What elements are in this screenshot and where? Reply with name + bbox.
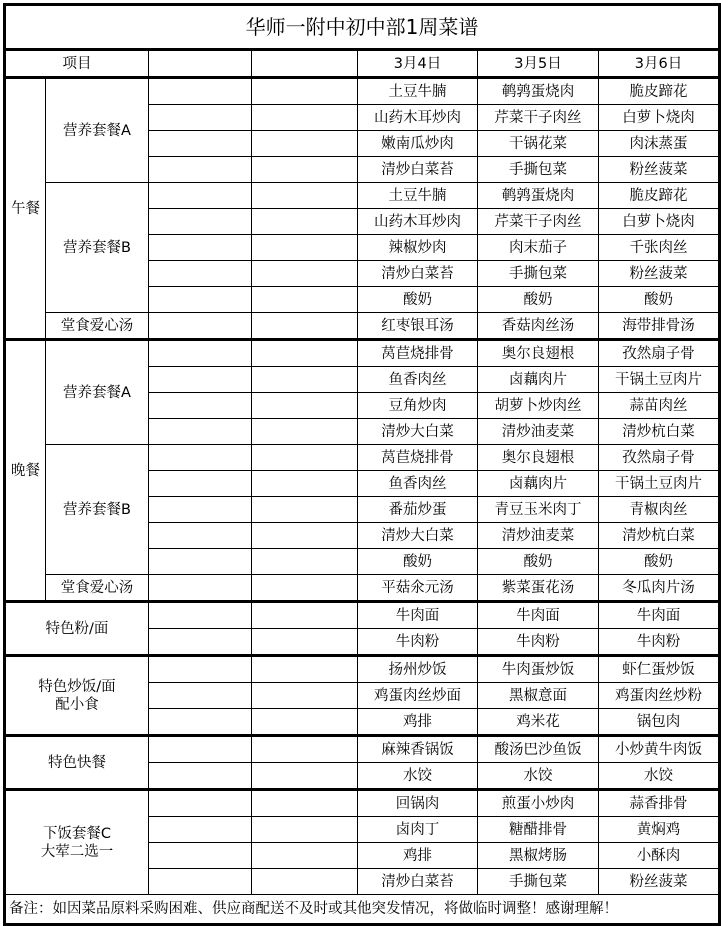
category-label-set-c: 下饭套餐C大荤二选一 [5,790,149,895]
dish-cell: 干锅土豆肉片 [599,367,720,393]
dish-cell: 手撕包菜 [478,157,599,183]
dish-cell: 干锅花菜 [478,131,599,157]
blank-cell [149,78,252,105]
dish-cell: 牛肉面 [358,602,478,629]
footer-note: 备注：如因菜品原料采购困难、供应商配送不及时或其他突发情况，将做临时调整！感谢理… [5,895,720,919]
blank-cell [149,393,252,419]
category-label-fast-food: 特色快餐 [5,736,149,790]
dish-cell: 鸡排 [358,709,478,736]
blank-cell [252,261,358,287]
blank-cell [149,445,252,471]
blank-cell [252,709,358,736]
label-line: 大荤二选一 [41,844,114,860]
blank-cell [149,575,252,602]
blank-cell [252,340,358,367]
blank-cell [149,497,252,523]
blank-cell [252,497,358,523]
dish-cell: 土豆牛腩 [358,78,478,105]
dish-cell: 嫩南瓜炒肉 [358,131,478,157]
footer-row: 备注：如因菜品原料采购困难、供应商配送不及时或其他突发情况，将做临时调整！感谢理… [5,895,720,919]
soup-label: 堂食爱心汤 [46,575,149,602]
blank-cell [149,843,252,869]
blank-cell [252,736,358,763]
dish-cell: 芹菜干子肉丝 [478,209,599,235]
dish-cell: 肉末茄子 [478,235,599,261]
table-row: 堂食爱心汤 红枣银耳汤香菇肉丝汤海带排骨汤 [5,313,720,340]
dish-cell: 小炒黄牛肉饭 [599,736,720,763]
blank-cell [252,78,358,105]
dish-cell: 莴苣烧排骨 [358,340,478,367]
dish-cell: 番茄炒蛋 [358,497,478,523]
blank-cell [149,656,252,683]
blank-cell [149,709,252,736]
blank-cell [252,445,358,471]
dish-cell: 孜然扇子骨 [599,445,720,471]
dish-cell: 山药木耳炒肉 [358,209,478,235]
dish-cell: 糖醋排骨 [478,817,599,843]
dish-cell: 奥尔良翅根 [478,340,599,367]
dish-cell: 水饺 [599,763,720,790]
blank-cell [149,157,252,183]
dish-cell: 小酥肉 [599,843,720,869]
dish-cell: 煎蛋小炒肉 [478,790,599,817]
dish-cell: 卤藕肉片 [478,471,599,497]
dish-cell: 清炒大白菜 [358,523,478,549]
dish-cell: 清炒油麦菜 [478,419,599,445]
dish-cell: 虾仁蛋炒饭 [599,656,720,683]
blank-cell [252,183,358,209]
blank-cell [252,471,358,497]
dish-cell: 辣椒炒肉 [358,235,478,261]
blank-cell [149,313,252,340]
blank-cell [252,869,358,895]
dish-cell: 扬州炒饭 [358,656,478,683]
dish-cell: 水饺 [478,763,599,790]
blank-cell [252,393,358,419]
weekly-menu-table: 华师一附中初中部1周菜谱 项目 3月4日 3月5日 3月6日 午餐 营养套餐A … [3,3,721,918]
dish-cell: 清炒杭白菜 [599,419,720,445]
blank-cell [252,419,358,445]
blank-cell [149,471,252,497]
blank-cell [149,419,252,445]
column-header-date: 3月6日 [599,50,720,78]
dish-cell: 干锅土豆肉片 [599,471,720,497]
blank-cell [149,367,252,393]
set-label: 营养套餐A [46,78,149,183]
blank-cell [149,817,252,843]
dish-cell: 土豆牛腩 [358,183,478,209]
dish-cell: 粉丝菠菜 [599,869,720,895]
dish-cell: 锅包肉 [599,709,720,736]
dish-cell: 回锅肉 [358,790,478,817]
dish-cell: 酸奶 [599,287,720,313]
dish-cell: 清炒白菜苔 [358,869,478,895]
blank-cell [149,683,252,709]
meal-label-dinner: 晚餐 [5,340,46,602]
dish-cell: 鸡米花 [478,709,599,736]
dish-cell: 手撕包菜 [478,261,599,287]
blank-cell [252,683,358,709]
blank-cell [252,817,358,843]
dish-cell: 山药木耳炒肉 [358,105,478,131]
label-line: 特色炒饭/面 [38,679,115,695]
column-header-blank [252,50,358,78]
dish-cell: 白萝卜烧肉 [599,105,720,131]
blank-cell [149,629,252,656]
dish-cell: 酸奶 [599,549,720,575]
category-label-fried-rice: 特色炒饭/面配小食 [5,656,149,736]
column-header-date: 3月5日 [478,50,599,78]
blank-cell [149,209,252,235]
set-label: 营养套餐B [46,445,149,575]
blank-cell [149,763,252,790]
blank-cell [252,157,358,183]
table-row: 营养套餐B 土豆牛腩鹌鹑蛋烧肉脆皮蹄花 [5,183,720,209]
dish-cell: 酸奶 [358,549,478,575]
dish-cell: 酸奶 [358,287,478,313]
table-row: 特色炒饭/面配小食 扬州炒饭牛肉蛋炒饭虾仁蛋炒饭 [5,656,720,683]
dish-cell: 牛肉蛋炒饭 [478,656,599,683]
dish-cell: 冬瓜肉片汤 [599,575,720,602]
blank-cell [149,523,252,549]
dish-cell: 豆角炒肉 [358,393,478,419]
blank-cell [252,629,358,656]
dish-cell: 奥尔良翅根 [478,445,599,471]
dish-cell: 鸡蛋肉丝炒面 [358,683,478,709]
dish-cell: 芹菜干子肉丝 [478,105,599,131]
blank-cell [252,287,358,313]
dish-cell: 卤肉丁 [358,817,478,843]
dish-cell: 清炒白菜苔 [358,157,478,183]
blank-cell [252,656,358,683]
dish-cell: 千张肉丝 [599,235,720,261]
dish-cell: 鱼香肉丝 [358,367,478,393]
dish-cell: 麻辣香锅饭 [358,736,478,763]
table-row: 午餐 营养套餐A 土豆牛腩鹌鹑蛋烧肉脆皮蹄花 [5,78,720,105]
blank-cell [252,313,358,340]
blank-cell [252,763,358,790]
blank-cell [149,549,252,575]
dish-cell: 黑椒意面 [478,683,599,709]
blank-cell [149,131,252,157]
blank-cell [149,736,252,763]
category-label-noodles: 特色粉/面 [5,602,149,656]
soup-label: 堂食爱心汤 [46,313,149,340]
blank-cell [149,869,252,895]
blank-cell [149,340,252,367]
set-label: 营养套餐A [46,340,149,445]
dish-cell: 黑椒烤肠 [478,843,599,869]
blank-cell [252,131,358,157]
dish-cell: 鱼香肉丝 [358,471,478,497]
dish-cell: 粉丝菠菜 [599,157,720,183]
dish-cell: 平菇氽元汤 [358,575,478,602]
blank-cell [149,235,252,261]
blank-cell [149,261,252,287]
blank-cell [252,790,358,817]
blank-cell [252,549,358,575]
dish-cell: 青豆玉米肉丁 [478,497,599,523]
label-line: 配小食 [55,697,99,713]
blank-cell [149,602,252,629]
blank-cell [252,523,358,549]
blank-cell [252,235,358,261]
page-title: 华师一附中初中部1周菜谱 [5,5,720,50]
table-row: 堂食爱心汤 平菇氽元汤紫菜蛋花汤冬瓜肉片汤 [5,575,720,602]
table-row: 特色快餐 麻辣香锅饭酸汤巴沙鱼饭小炒黄牛肉饭 [5,736,720,763]
blank-cell [252,209,358,235]
dish-cell: 清炒杭白菜 [599,523,720,549]
blank-cell [149,287,252,313]
dish-cell: 清炒油麦菜 [478,523,599,549]
dish-cell: 鹌鹑蛋烧肉 [478,78,599,105]
blank-cell [252,602,358,629]
table-row: 下饭套餐C大荤二选一 回锅肉煎蛋小炒肉蒜香排骨 [5,790,720,817]
dish-cell: 卤藕肉片 [478,367,599,393]
column-header-blank [149,50,252,78]
blank-cell [149,105,252,131]
dish-cell: 胡萝卜炒肉丝 [478,393,599,419]
dish-cell: 海带排骨汤 [599,313,720,340]
dish-cell: 青椒肉丝 [599,497,720,523]
column-header-item: 项目 [5,50,149,78]
dish-cell: 牛肉面 [478,602,599,629]
table-row: 营养套餐B 莴苣烧排骨奥尔良翅根孜然扇子骨 [5,445,720,471]
table-row: 晚餐 营养套餐A 莴苣烧排骨奥尔良翅根孜然扇子骨 [5,340,720,367]
dish-cell: 红枣银耳汤 [358,313,478,340]
dish-cell: 清炒大白菜 [358,419,478,445]
dish-cell: 脆皮蹄花 [599,183,720,209]
dish-cell: 莴苣烧排骨 [358,445,478,471]
dish-cell: 手撕包菜 [478,869,599,895]
blank-cell [149,183,252,209]
blank-cell [252,105,358,131]
meal-label-lunch: 午餐 [5,78,46,340]
dish-cell: 酸奶 [478,549,599,575]
dish-cell: 酸汤巴沙鱼饭 [478,736,599,763]
header-row: 项目 3月4日 3月5日 3月6日 [5,50,720,78]
dish-cell: 孜然扇子骨 [599,340,720,367]
dish-cell: 白萝卜烧肉 [599,209,720,235]
table-row: 特色粉/面 牛肉面牛肉面牛肉面 [5,602,720,629]
dish-cell: 鹌鹑蛋烧肉 [478,183,599,209]
blank-cell [149,790,252,817]
dish-cell: 牛肉面 [599,602,720,629]
label-line: 下饭套餐C [43,826,111,842]
dish-cell: 水饺 [358,763,478,790]
dish-cell: 脆皮蹄花 [599,78,720,105]
dish-cell: 牛肉粉 [599,629,720,656]
dish-cell: 肉沫蒸蛋 [599,131,720,157]
dish-cell: 鸡蛋肉丝炒粉 [599,683,720,709]
dish-cell: 蒜香排骨 [599,790,720,817]
dish-cell: 蒜苗肉丝 [599,393,720,419]
blank-cell [252,843,358,869]
dish-cell: 粉丝菠菜 [599,261,720,287]
dish-cell: 酸奶 [478,287,599,313]
dish-cell: 牛肉粉 [358,629,478,656]
dish-cell: 清炒白菜苔 [358,261,478,287]
dish-cell: 鸡排 [358,843,478,869]
dish-cell: 紫菜蛋花汤 [478,575,599,602]
blank-cell [252,575,358,602]
set-label: 营养套餐B [46,183,149,313]
dish-cell: 黄焖鸡 [599,817,720,843]
column-header-date: 3月4日 [358,50,478,78]
dish-cell: 香菇肉丝汤 [478,313,599,340]
dish-cell: 牛肉粉 [478,629,599,656]
blank-cell [252,367,358,393]
